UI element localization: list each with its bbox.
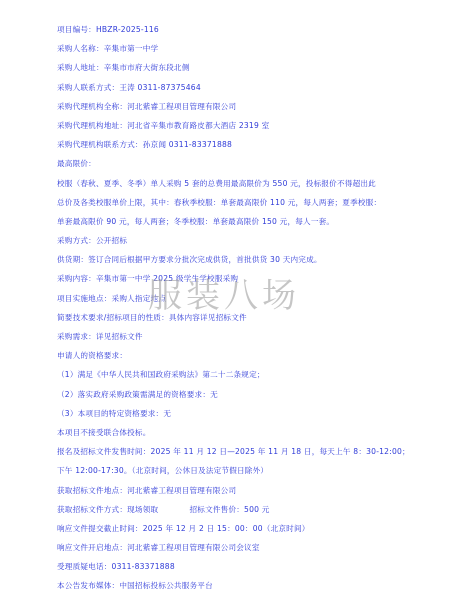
procurement-content: 采购内容：辛集市第一中学 2025 级学生学校服采购 <box>57 273 437 284</box>
purchaser-name: 采购人名称：辛集市第一中学 <box>57 43 437 54</box>
max-price-detail-2: 总价及各类校服单价上限，其中：春秋季校服：单套最高限价 110 元，每人两套；夏… <box>57 197 437 208</box>
no-consortium: 本项目不接受联合体投标。 <box>57 427 437 438</box>
document-pickup-method: 获取招标文件方式：现场领取 招标文件售价：500 元 <box>57 504 437 515</box>
implementation-site: 项目实施地点：采购人指定地点 <box>57 293 437 304</box>
document-pickup-location: 获取招标文件地点：河北紫睿工程项目管理有限公司 <box>57 485 437 496</box>
qualification-1: （1）满足《中华人民共和国政府采购法》第二十二条规定； <box>57 369 437 380</box>
project-number: 项目编号：HBZR-2025-116 <box>57 24 437 35</box>
announcement-document: 项目编号：HBZR-2025-116 采购人名称：辛集市第一中学 采购人地址：辛… <box>57 24 437 600</box>
qualification-2: （2）落实政府采购政策需满足的资格要求：无 <box>57 389 437 400</box>
publication-media: 本公告发布媒体：中国招标投标公共服务平台 <box>57 580 437 591</box>
complaint-phone: 受理质疑电话：0311-83371888 <box>57 561 437 572</box>
agency-name: 采购代理机构全称：河北紫睿工程项目管理有限公司 <box>57 101 437 112</box>
purchaser-contact: 采购人联系方式：王涛 0311-87375464 <box>57 82 437 93</box>
procurement-method: 采购方式：公开招标 <box>57 235 437 246</box>
agency-address: 采购代理机构地址：河北省辛集市教育路皮都大酒店 2319 室 <box>57 120 437 131</box>
max-price-heading: 最高限价： <box>57 158 437 169</box>
opening-location: 响应文件开启地点：河北紫睿工程项目管理有限公司会议室 <box>57 542 437 553</box>
procurement-needs: 采购需求：详见招标文件 <box>57 331 437 342</box>
qualification-heading: 申请人的资格要求： <box>57 350 437 361</box>
technical-requirements: 简要技术要求/招标项目的性质：具体内容详见招标文件 <box>57 312 437 323</box>
max-price-detail-1: 校服（春秋、夏季、冬季）单人采购 5 套的总费用最高限价为 550 元，投标报价… <box>57 178 437 189</box>
delivery-period: 供货期：签订合同后根据甲方要求分批次完成供货，首批供货 30 天内完成。 <box>57 254 437 265</box>
sale-time-2: 下午 12:00-17:30。（北京时间，公休日及法定节假日除外） <box>57 465 437 476</box>
agency-contact: 采购代理机构联系方式：孙京闻 0311-83371888 <box>57 139 437 150</box>
qualification-3: （3）本项目的特定资格要求：无 <box>57 408 437 419</box>
sale-time-1: 报名及招标文件发售时间：2025 年 11 月 12 日—2025 年 11 月… <box>57 446 437 457</box>
submission-deadline: 响应文件提交截止时间：2025 年 12 月 2 日 15：00：00（北京时间… <box>57 523 437 534</box>
max-price-detail-3: 单套最高限价 90 元，每人两套；冬季校服：单套最高限价 150 元，每人一套。 <box>57 216 437 227</box>
purchaser-address: 采购人地址：辛集市市府大街东段北侧 <box>57 62 437 73</box>
